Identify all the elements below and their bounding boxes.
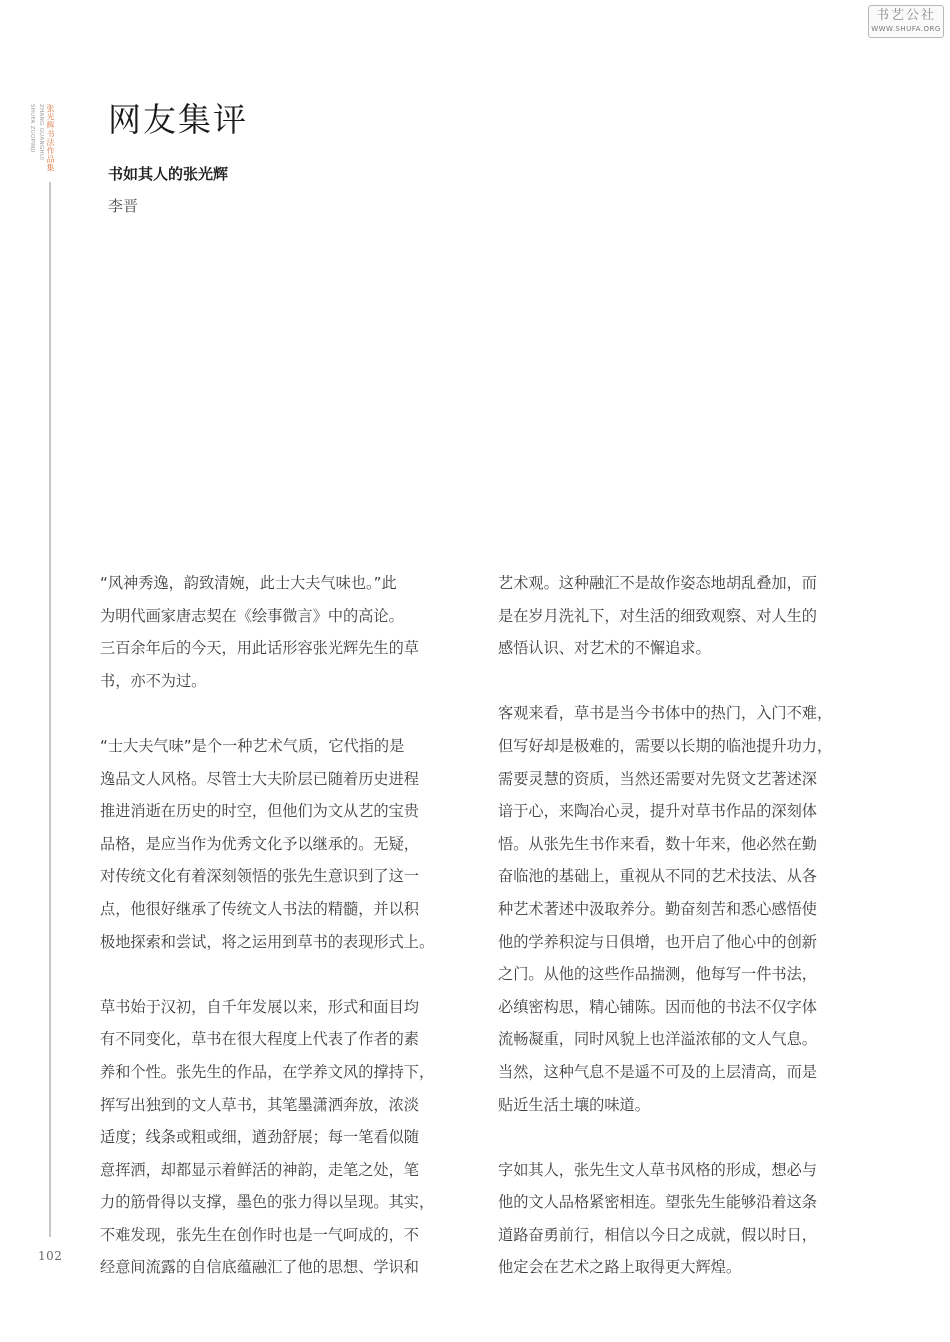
site-watermark: 书艺公社 WWW.SHUFA.ORG (868, 5, 944, 38)
text-line: 道路奋勇前行，相信以今日之成就，假以时日， (498, 1219, 830, 1252)
text-line: 他的学养积淀与日俱增，也开启了他心中的创新 (498, 926, 830, 959)
article-title: 书如其人的张光辉 (108, 164, 228, 184)
paragraph: 客观来看，草书是当今书体中的热门，入门不难， 但写好却是极难的，需要以长期的临池… (498, 697, 830, 1121)
text-line: 艺术观。这种融汇不是故作姿态地胡乱叠加，而 (498, 567, 830, 600)
text-line: 品格，是应当作为优秀文化予以继承的。无疑， (100, 828, 432, 861)
text-line: 字如其人，张先生文人草书风格的形成，想必与 (498, 1154, 830, 1187)
text-line: 有不同变化，草书在很大程度上代表了作者的素 (100, 1023, 432, 1056)
text-line: 经意间流露的自信底蕴融汇了他的思想、学识和 (100, 1251, 432, 1284)
text-line: 客观来看，草书是当今书体中的热门，入门不难， (498, 697, 830, 730)
text-line: 适度；线条或粗或细，遒劲舒展；每一笔看似随 (100, 1121, 432, 1154)
text-line: 之门。从他的这些作品揣测，他每写一件书法， (498, 958, 830, 991)
text-line: 悟。从张先生书作来看，数十年来，他必然在勤 (498, 828, 830, 861)
text-line: 需要灵慧的资质，当然还需要对先贤文艺著述深 (498, 763, 830, 796)
spine-book-title: 张光辉书法作品集 (46, 104, 54, 184)
text-line: 挥写出独到的文人草书，其笔墨潇洒奔放，浓淡 (100, 1089, 432, 1122)
text-line: 当然，这种气息不是遥不可及的上层清高，而是 (498, 1056, 830, 1089)
text-line: 但写好却是极难的，需要以长期的临池提升功力， (498, 730, 830, 763)
paragraph: 草书始于汉初，自千年发展以来，形式和面目均 有不同变化，草书在很大程度上代表了作… (100, 991, 432, 1284)
text-line: 他的文人品格紧密相连。望张先生能够沿着这条 (498, 1186, 830, 1219)
text-line: 点，他很好继承了传统文人书法的精髓，并以积 (100, 893, 432, 926)
body-column-right: 艺术观。这种融汇不是故作姿态地胡乱叠加，而 是在岁月洗礼下，对生活的细致观察、对… (498, 567, 830, 1317)
text-line: 力的筋骨得以支撑，墨色的张力得以呈现。其实， (100, 1186, 432, 1219)
text-line: “风神秀逸，韵致清婉，此士大夫气味也。”此 (100, 567, 432, 600)
text-line: 养和个性。张先生的作品，在学养文风的撑持下， (100, 1056, 432, 1089)
text-line: 极地探索和尝试，将之运用到草书的表现形式上。 (100, 926, 432, 959)
book-spine-label: 张光辉书法作品集 ZHANG GUANGHUI SHUFA ZUOPINJI (28, 104, 54, 184)
text-line: 流畅凝重，同时风貌上也洋溢浓郁的文人气息。 (498, 1023, 830, 1056)
text-line: 推进消逝在历史的时空，但他们为文从艺的宝贵 (100, 795, 432, 828)
paragraph: “风神秀逸，韵致清婉，此士大夫气味也。”此 为明代画家唐志契在《绘事微言》中的高… (100, 567, 432, 697)
text-line: 贴近生活土壤的味道。 (498, 1089, 830, 1122)
text-line: 草书始于汉初，自千年发展以来，形式和面目均 (100, 991, 432, 1024)
text-line: “士大夫气味”是个一种艺术气质，它代指的是 (100, 730, 432, 763)
article-author: 李晋 (108, 196, 138, 216)
text-line: 逸品文人风格。尽管士大夫阶层已随着历史进程 (100, 763, 432, 796)
text-line: 不难发现，张先生在创作时也是一气呵成的，不 (100, 1219, 432, 1252)
text-line: 谙于心，来陶冶心灵，提升对草书作品的深刻体 (498, 795, 830, 828)
text-line: 感悟认识、对艺术的不懈追求。 (498, 632, 830, 665)
spine-pinyin-line1: ZHANG GUANGHUI (37, 104, 45, 184)
watermark-calligraphy: 书艺公社 (869, 8, 943, 24)
text-line: 为明代画家唐志契在《绘事微言》中的高论。 (100, 600, 432, 633)
watermark-url: WWW.SHUFA.ORG (869, 24, 943, 34)
text-line: 是在岁月洗礼下，对生活的细致观察、对人生的 (498, 600, 830, 633)
section-title: 网友集评 (108, 98, 248, 142)
text-line: 奋临池的基础上，重视从不同的艺术技法、从各 (498, 860, 830, 893)
text-line: 对传统文化有着深刻领悟的张先生意识到了这一 (100, 860, 432, 893)
text-line: 必缜密构思，精心铺陈。因而他的书法不仅字体 (498, 991, 830, 1024)
text-line: 种艺术著述中汲取养分。勤奋刻苦和悉心感悟使 (498, 893, 830, 926)
paragraph: 字如其人，张先生文人草书风格的形成，想必与 他的文人品格紧密相连。望张先生能够沿… (498, 1154, 830, 1284)
spine-divider-line (49, 182, 51, 1237)
text-line: 他定会在艺术之路上取得更大辉煌。 (498, 1251, 830, 1284)
body-column-left: “风神秀逸，韵致清婉，此士大夫气味也。”此 为明代画家唐志契在《绘事微言》中的高… (100, 567, 432, 1317)
text-line: 意挥洒，却都显示着鲜活的神韵，走笔之处，笔 (100, 1154, 432, 1187)
spine-pinyin-line2: SHUFA ZUOPINJI (28, 104, 36, 184)
paragraph: “士大夫气味”是个一种艺术气质，它代指的是 逸品文人风格。尽管士大夫阶层已随着历… (100, 730, 432, 958)
page-number: 102 (38, 1249, 62, 1263)
text-line: 三百余年后的今天，用此话形容张光辉先生的草 (100, 632, 432, 665)
paragraph: 艺术观。这种融汇不是故作姿态地胡乱叠加，而 是在岁月洗礼下，对生活的细致观察、对… (498, 567, 830, 665)
text-line: 书，亦不为过。 (100, 665, 432, 698)
